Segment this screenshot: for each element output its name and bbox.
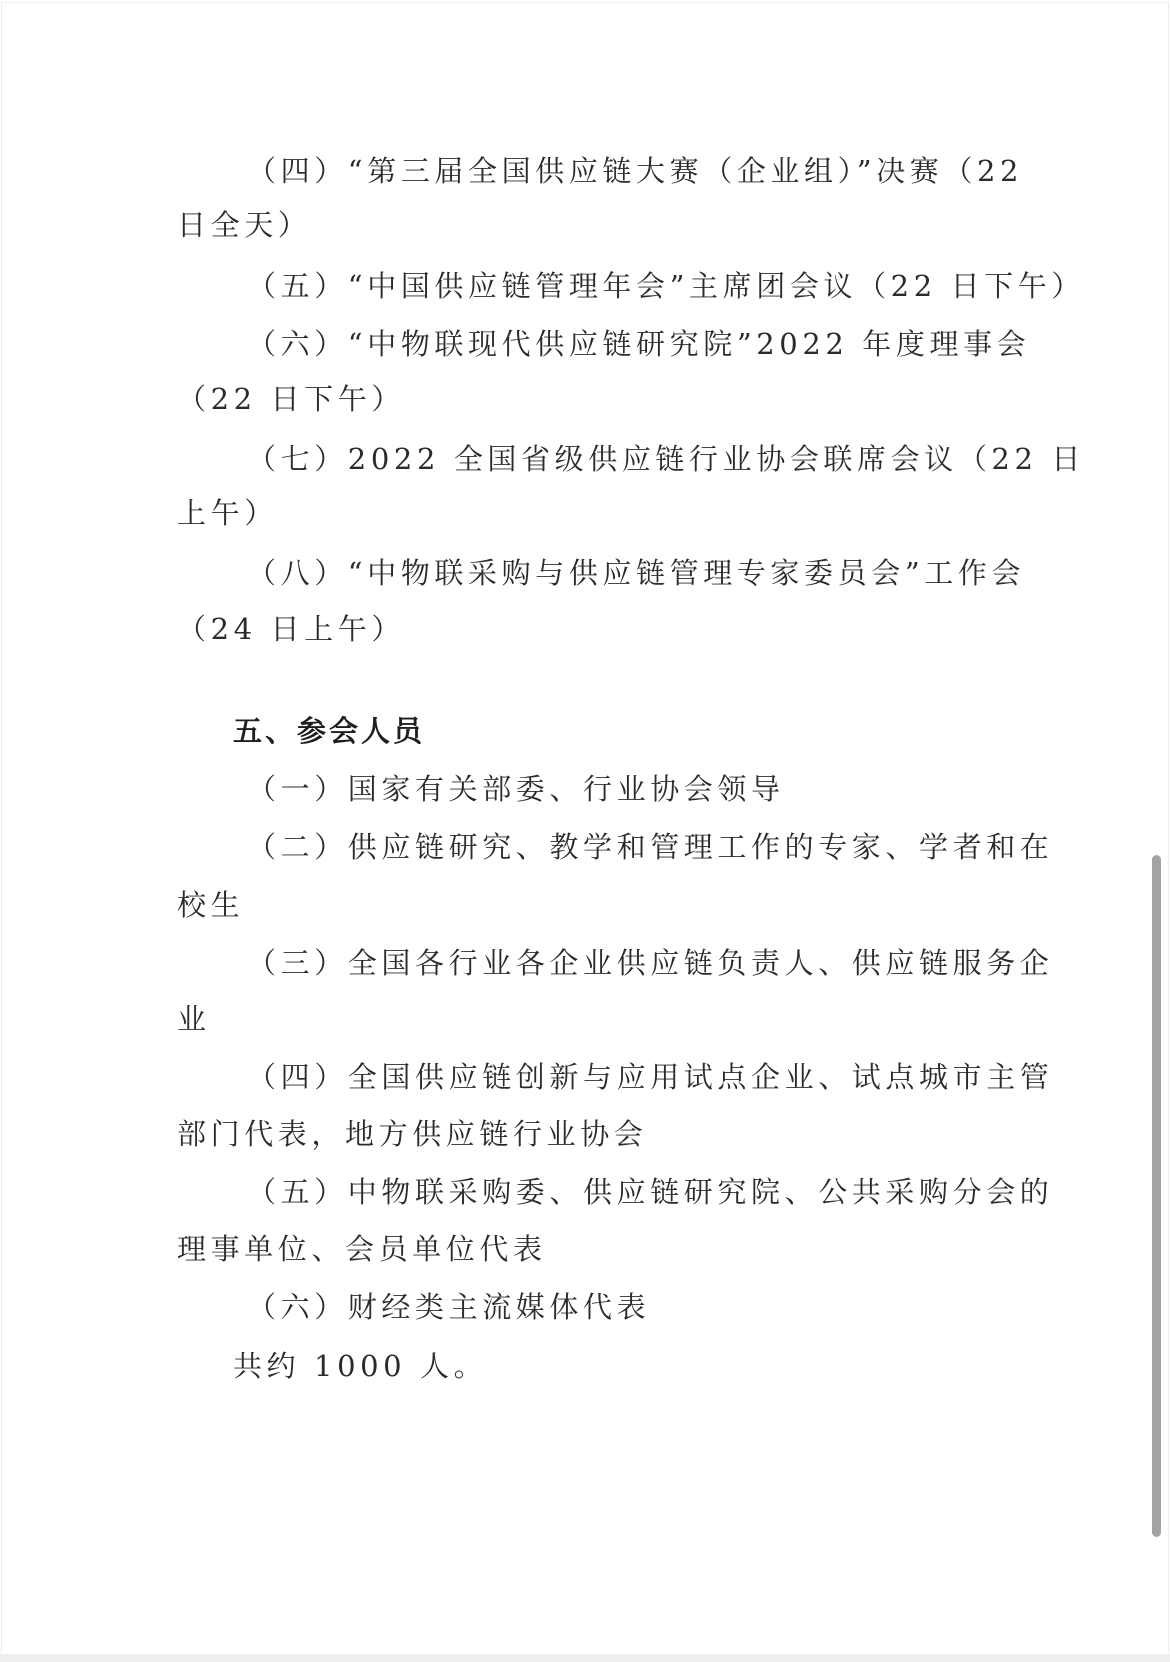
agenda-line-item7-line2: 上午） bbox=[177, 493, 278, 533]
attendee-line-p4-line1: （四）全国供应链创新与应用试点企业、试点城市主管 bbox=[247, 1057, 1053, 1097]
bottom-edge bbox=[0, 1654, 1170, 1662]
agenda-line-item4-line2: 日全天） bbox=[177, 205, 311, 245]
attendee-line-p2-line2: 校生 bbox=[177, 885, 244, 925]
document-page: （四）“第三届全国供应链大赛（企业组）”决赛（22日全天）（五）“中国供应链管理… bbox=[1, 2, 1169, 1653]
section-heading-attendees: 五、参会人员 bbox=[233, 711, 425, 751]
agenda-line-item8-line1: （八）“中物联采购与供应链管理专家委员会”工作会 bbox=[247, 553, 1025, 593]
agenda-line-item8-line2: （24 日上午） bbox=[177, 609, 405, 649]
attendee-line-p4-line2: 部门代表，地方供应链行业协会 bbox=[177, 1114, 647, 1154]
attendee-line-p3-line1: （三）全国各行业各企业供应链负责人、供应链服务企 bbox=[247, 943, 1053, 983]
attendee-line-p5-line2: 理事单位、会员单位代表 bbox=[177, 1229, 547, 1269]
attendee-line-p2-line1: （二）供应链研究、教学和管理工作的专家、学者和在 bbox=[247, 827, 1053, 867]
agenda-line-item7-line1: （七）2022 全国省级供应链行业协会联席会议（22 日 bbox=[247, 439, 1085, 479]
attendee-line-p5-line1: （五）中物联采购委、供应链研究院、公共采购分会的 bbox=[247, 1172, 1053, 1212]
agenda-line-item6-line1: （六）“中物联现代供应链研究院”2022 年度理事会 bbox=[247, 324, 1030, 364]
agenda-line-item4-line1: （四）“第三届全国供应链大赛（企业组）”决赛（22 bbox=[247, 151, 1023, 191]
scrollbar-thumb[interactable] bbox=[1152, 855, 1161, 1537]
attendee-line-p1-line1: （一）国家有关部委、行业协会领导 bbox=[247, 769, 785, 809]
agenda-line-item5-line1: （五）“中国供应链管理年会”主席团会议（22 日下午） bbox=[247, 266, 1085, 306]
agenda-line-item6-line2: （22 日下午） bbox=[177, 379, 405, 419]
attendee-line-p6-line1: （六）财经类主流媒体代表 bbox=[247, 1287, 650, 1327]
attendee-line-p3-line2: 业 bbox=[177, 999, 211, 1039]
attendee-line-total: 共约 1000 人。 bbox=[233, 1346, 487, 1386]
